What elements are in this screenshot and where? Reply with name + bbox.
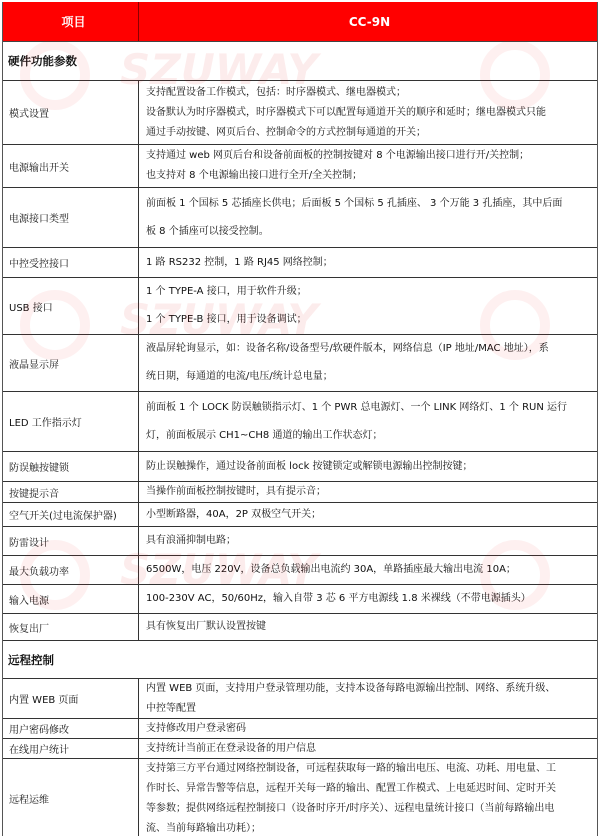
- table-row: 按键提示音 当操作前面板控制按键时，具有提示音；: [3, 482, 597, 503]
- table-row: 模式设置 支持配置设备工作模式，包括：时序器模式、继电器模式； 设备默认为时序器…: [3, 81, 597, 145]
- row-label: 输入电源: [3, 585, 139, 613]
- table-row: 空气开关(过电流保护器) 小型断路器，40A，2P 双极空气开关；: [3, 503, 597, 527]
- row-label: 电源输出开关: [3, 145, 139, 187]
- table-row: 防雷设计 具有浪涌抑制电路；: [3, 527, 597, 556]
- table-row: 用户密码修改 支持修改用户登录密码: [3, 719, 597, 739]
- table-row: 防误触按键锁 防止误触操作，通过设备前面板 lock 按键锁定或解锁电源输出控制…: [3, 452, 597, 482]
- table-row: LED 工作指示灯 前面板 1 个 LOCK 防误触锁指示灯、1 个 PWR 总…: [3, 392, 597, 452]
- header-model-column: CC-9N: [139, 2, 597, 41]
- row-value: 当操作前面板控制按键时，具有提示音；: [139, 482, 597, 502]
- row-value: 支持配置设备工作模式，包括：时序器模式、继电器模式； 设备默认为时序器模式，时序…: [139, 81, 597, 144]
- table-header: 项目 CC-9N: [3, 2, 597, 42]
- row-label: 模式设置: [3, 81, 139, 144]
- row-label: LED 工作指示灯: [3, 392, 139, 451]
- row-label: 用户密码修改: [3, 719, 139, 738]
- row-label: 远程运维: [3, 759, 139, 836]
- row-label: 内置 WEB 页面: [3, 679, 139, 718]
- row-value: 内置 WEB 页面，支持用户登录管理功能，支持本设备每路电源输出控制、网络、系统…: [139, 679, 597, 718]
- table-row: USB 接口 1 个 TYPE-A 接口，用于软件升级； 1 个 TYPE-B …: [3, 278, 597, 335]
- row-value: 具有浪涌抑制电路；: [139, 527, 597, 555]
- table-row: 中控受控接口 1 路 RS232 控制，1 路 RJ45 网络控制；: [3, 248, 597, 278]
- row-label: 中控受控接口: [3, 248, 139, 277]
- row-value: 支持第三方平台通过网络控制设备，可远程获取每一路的输出电压、电流、功耗、用电量、…: [139, 759, 597, 836]
- row-value: 液晶屏轮询显示，如：设备名称/设备型号/软硬件版本，网络信息（IP 地址/MAC…: [139, 335, 597, 391]
- table-row: 最大负载功率 6500W，电压 220V，设备总负载输出电流约 30A，单路插座…: [3, 556, 597, 585]
- spec-table: 项目 CC-9N 硬件功能参数 模式设置 支持配置设备工作模式，包括：时序器模式…: [2, 2, 598, 836]
- row-label: 电源接口类型: [3, 188, 139, 247]
- table-row: 远程运维 支持第三方平台通过网络控制设备，可远程获取每一路的输出电压、电流、功耗…: [3, 759, 597, 836]
- table-row: 输入电源 100-230V AC，50/60Hz，输入自带 3 芯 6 平方电源…: [3, 585, 597, 614]
- header-item-column: 项目: [3, 2, 139, 41]
- row-label: 空气开关(过电流保护器): [3, 503, 139, 526]
- row-label: 恢复出厂: [3, 614, 139, 640]
- row-value: 支持统计当前正在登录设备的用户信息: [139, 739, 597, 758]
- row-value: 具有恢复出厂默认设置按键: [139, 614, 597, 640]
- row-label: 防误触按键锁: [3, 452, 139, 481]
- table-row: 液晶显示屏 液晶屏轮询显示，如：设备名称/设备型号/软硬件版本，网络信息（IP …: [3, 335, 597, 392]
- row-value: 防止误触操作，通过设备前面板 lock 按键锁定或解锁电源输出控制按键；: [139, 452, 597, 481]
- section-title-hardware: 硬件功能参数: [3, 42, 597, 81]
- table-row: 内置 WEB 页面 内置 WEB 页面，支持用户登录管理功能，支持本设备每路电源…: [3, 679, 597, 719]
- row-value: 小型断路器，40A，2P 双极空气开关；: [139, 503, 597, 526]
- table-row: 电源输出开关 支持通过 web 网页后台和设备前面板的控制按键对 8 个电源输出…: [3, 145, 597, 188]
- row-value: 支持通过 web 网页后台和设备前面板的控制按键对 8 个电源输出接口进行开/关…: [139, 145, 597, 187]
- row-label: 防雷设计: [3, 527, 139, 555]
- row-value: 6500W，电压 220V，设备总负载输出电流约 30A，单路插座最大输出电流 …: [139, 556, 597, 584]
- row-label: USB 接口: [3, 278, 139, 334]
- row-value: 100-230V AC，50/60Hz，输入自带 3 芯 6 平方电源线 1.8…: [139, 585, 597, 613]
- table-row: 电源接口类型 前面板 1 个国标 5 芯插座长供电；后面板 5 个国标 5 孔插…: [3, 188, 597, 248]
- row-label: 液晶显示屏: [3, 335, 139, 391]
- table-row: 在线用户统计 支持统计当前正在登录设备的用户信息: [3, 739, 597, 759]
- section-title-remote: 远程控制: [3, 641, 597, 679]
- row-value: 1 路 RS232 控制，1 路 RJ45 网络控制；: [139, 248, 597, 277]
- row-value: 前面板 1 个国标 5 芯插座长供电；后面板 5 个国标 5 孔插座、 3 个万…: [139, 188, 597, 247]
- row-label: 在线用户统计: [3, 739, 139, 758]
- row-value: 支持修改用户登录密码: [139, 719, 597, 738]
- row-label: 最大负载功率: [3, 556, 139, 584]
- table-row: 恢复出厂 具有恢复出厂默认设置按键: [3, 614, 597, 641]
- row-value: 前面板 1 个 LOCK 防误触锁指示灯、1 个 PWR 总电源灯、一个 LIN…: [139, 392, 597, 451]
- row-label: 按键提示音: [3, 482, 139, 502]
- row-value: 1 个 TYPE-A 接口，用于软件升级； 1 个 TYPE-B 接口，用于设备…: [139, 278, 597, 334]
